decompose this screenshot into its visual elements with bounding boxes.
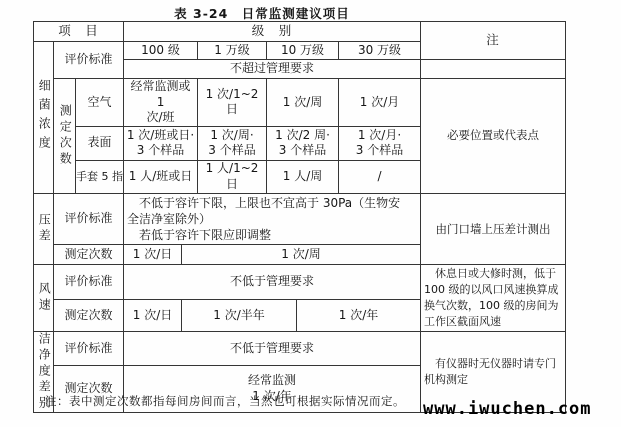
glove-100: 1 人/班或日	[124, 160, 198, 193]
airspeed-freq-halfyear: 1 次/半年	[182, 299, 297, 331]
pressure-eval-row: 压差 评价标准 不低于容许下限，上限也不宜高于 30Pa（生物安 全洁净室除外）…	[34, 193, 566, 245]
bacteria-eval-label: 评价标准	[54, 42, 124, 79]
glove-100k: 1 人/周	[267, 160, 339, 193]
header-note: 注	[421, 22, 566, 60]
air-10k: 1 次/1~2 日	[198, 79, 267, 127]
pressure-eval-label: 评价标准	[54, 193, 124, 245]
cleanliness-eval-value: 不低于管理要求	[124, 332, 421, 366]
pressure-label: 压差	[34, 193, 54, 265]
grade-10k: 1 万级	[198, 42, 267, 60]
surface-name: 表面	[76, 126, 124, 160]
bacteria-note: 必要位置或代表点	[421, 79, 566, 194]
airspeed-eval-row: 风速 评价标准 不低于管理要求 休息日或大修时测，低于 100 级的以风口风速换…	[34, 265, 566, 300]
bacteria-freq-label: 测定次数	[54, 79, 76, 194]
table-footnote: 注：表中测定次数都指每间房间而言，当然也可根据实际情况而定。	[45, 393, 405, 409]
watermark-url: www.iwuchen.com	[423, 399, 592, 419]
airspeed-freq-daily: 1 次/日	[124, 299, 182, 331]
table-title: 表 3-24 日常监测建议项目	[33, 4, 491, 22]
monitoring-table: 项 目 级 别 注 细菌浓度 评价标准 100 级 1 万级 10 万级 30 …	[33, 21, 566, 413]
airspeed-eval-label: 评价标准	[54, 265, 124, 300]
scanned-document-page: 表 3-24 日常监测建议项目 项 目 级 别 注 细菌浓度 评价标准 100 …	[0, 0, 621, 427]
pressure-freq-daily: 1 次/日	[124, 245, 182, 265]
header-grade: 级 别	[124, 22, 421, 42]
bacteria-air-row: 测定次数 空气 经常监测或 1 次/班 1 次/1~2 日 1 次/周 1 次/…	[34, 79, 566, 127]
bacteria-eval-value: 不超过管理要求	[124, 60, 421, 79]
air-100k: 1 次/周	[267, 79, 339, 127]
glove-300k: /	[339, 160, 421, 193]
air-name: 空气	[76, 79, 124, 127]
pressure-freq-label: 测定次数	[54, 245, 124, 265]
header-item: 项 目	[34, 22, 124, 42]
glove-10k: 1 人/1~2 日	[198, 160, 267, 193]
pressure-note: 由门口墙上压差计测出	[421, 193, 566, 265]
airspeed-freq-yearly: 1 次/年	[297, 299, 421, 331]
cleanliness-eval-row: 洁净度差别 评价标准 不低于管理要求 有仪器时无仪器时请专门 机构测定	[34, 332, 566, 366]
note-empty-cell	[421, 60, 566, 79]
pressure-freq-weekly: 1 次/周	[182, 245, 421, 265]
bacteria-label: 细菌浓度	[34, 42, 54, 194]
airspeed-eval-value: 不低于管理要求	[124, 265, 421, 300]
grade-100: 100 级	[124, 42, 198, 60]
surface-100k: 1 次/2 周· 3 个样品	[267, 126, 339, 160]
airspeed-label: 风速	[34, 265, 54, 332]
pressure-eval-value: 不低于容许下限，上限也不宜高于 30Pa（生物安 全洁净室除外） 若低于容许下限…	[124, 193, 421, 245]
airspeed-freq-label: 测定次数	[54, 299, 124, 331]
airspeed-note: 休息日或大修时测，低于 100 级的以风口风速换算成 换气次数，100 级的房间…	[421, 265, 566, 332]
cleanliness-eval-label: 评价标准	[54, 332, 124, 366]
header-row: 项 目 级 别 注	[34, 22, 566, 42]
surface-100: 1 次/班或日· 3 个样品	[124, 126, 198, 160]
grade-300k: 30 万级	[339, 42, 421, 60]
air-100: 经常监测或 1 次/班	[124, 79, 198, 127]
surface-10k: 1 次/周· 3 个样品	[198, 126, 267, 160]
air-300k: 1 次/月	[339, 79, 421, 127]
grade-100k: 10 万级	[267, 42, 339, 60]
surface-300k: 1 次/月· 3 个样品	[339, 126, 421, 160]
glove-name: 手套 5 指	[76, 160, 124, 193]
